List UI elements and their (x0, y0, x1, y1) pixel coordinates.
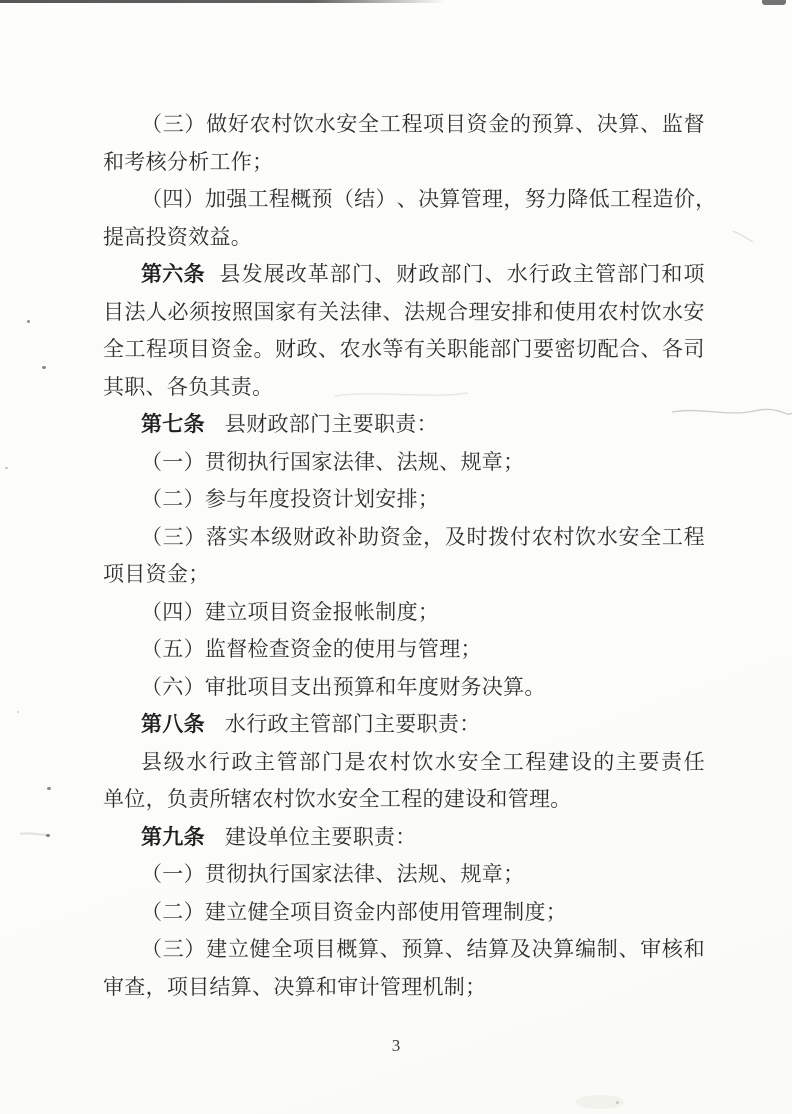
line-character: 级 (164, 744, 185, 782)
line-character: 规 (426, 294, 447, 332)
line-character: 配 (598, 331, 619, 369)
line-character: 门 (352, 256, 373, 294)
line-character: 饮 (293, 106, 314, 144)
text-line: （三）建立健全项目概算、预算、结算及决算编制、审核和 (103, 931, 705, 969)
line-character: ） (184, 931, 205, 969)
line-character: 律 (361, 294, 382, 332)
line-character: ， (503, 181, 524, 219)
line-character: 、 (641, 331, 662, 369)
line-character: 编 (575, 931, 596, 969)
line-character: 三 (163, 931, 184, 969)
line-character: 饮 (575, 519, 596, 557)
line-character: 司 (684, 331, 705, 369)
line-character: 责 (661, 744, 682, 782)
line-character: 照 (232, 294, 253, 332)
line-character: 决 (418, 181, 439, 219)
scan-speck (42, 366, 46, 369)
line-character: 工 (610, 181, 631, 219)
line-character: 制 (597, 931, 618, 969)
line-character: 用 (576, 294, 597, 332)
line-character: 水 (507, 256, 528, 294)
text-line: 审查，项目结算、决算和审计管理机制； (103, 969, 705, 1007)
line-text: （一）贯彻执行国家法律、法规、规章； (141, 862, 524, 886)
line-character: 拨 (488, 519, 509, 557)
line-character: 部 (330, 256, 351, 294)
line-character: 结 (467, 931, 488, 969)
line-character: 级 (271, 519, 292, 557)
article-number: 第七条 (141, 412, 205, 436)
article-number: 第六条 (141, 256, 205, 294)
line-character: 关 (426, 331, 447, 369)
line-character: 算 (553, 931, 574, 969)
line-character: 及 (445, 519, 466, 557)
scan-scratch (733, 231, 753, 242)
line-character: 三 (163, 106, 184, 144)
text-line: 第七条县财政部门主要职责： (103, 406, 705, 444)
line-character: ） (375, 181, 396, 219)
line-character: 要 (638, 744, 659, 782)
line-character: 算 (358, 931, 379, 969)
line-character: 饮 (412, 744, 433, 782)
line-character: 财 (275, 331, 296, 369)
line-character: 算 (488, 931, 509, 969)
line-text: 和考核分析工作； (103, 150, 273, 174)
line-character: 工 (125, 331, 146, 369)
line-character: 强 (226, 181, 247, 219)
line-character: 革 (308, 256, 329, 294)
line-character: 、 (640, 106, 661, 144)
line-character: 村 (271, 106, 292, 144)
line-character: 程 (146, 331, 167, 369)
line-character: 政 (418, 256, 439, 294)
line-character: 金 (232, 331, 253, 369)
line-character: 力 (546, 181, 567, 219)
line-text: 建设单位主要职责： (225, 825, 417, 849)
line-character: 饮 (641, 294, 662, 332)
line-character: 补 (336, 519, 357, 557)
line-character: 及 (510, 931, 531, 969)
line-text: （二）参与年度投资计划安排； (141, 487, 439, 511)
text-line: 第八条水行政主管部门主要职责： (103, 706, 705, 744)
line-character: 预 (312, 181, 333, 219)
line-character: 金 (488, 106, 509, 144)
line-character: 政 (231, 744, 252, 782)
line-character: 各 (662, 331, 683, 369)
line-character: 时 (467, 519, 488, 557)
text-line: （四）加强工程概预（结）、决算管理，努力降低工程造价， (103, 181, 705, 219)
line-text: 审查，项目结算、决算和审计管理机制； (103, 975, 486, 999)
text-line: 提高投资效益。 (103, 219, 705, 257)
page-number: 3 (0, 1036, 792, 1056)
line-character: 全 (640, 519, 661, 557)
scan-speck (5, 467, 8, 469)
line-character: 主 (573, 256, 594, 294)
line-character: 加 (205, 181, 226, 219)
line-character: 发 (242, 256, 263, 294)
line-character: 政 (297, 331, 318, 369)
line-character: 算 (618, 106, 639, 144)
scan-top-edge-shadow (0, 0, 446, 3)
line-character: 目 (315, 931, 336, 969)
line-character: （ (141, 181, 162, 219)
line-character: 水 (597, 519, 618, 557)
line-character: 展 (264, 256, 285, 294)
line-character: 资 (467, 106, 488, 144)
line-character: 国 (254, 294, 275, 332)
line-character: 能 (469, 331, 490, 369)
text-line: （五）监督检查资金的使用与管理； (103, 631, 705, 669)
line-character: 部 (617, 256, 638, 294)
line-character: 按 (211, 294, 232, 332)
scan-speck (17, 711, 19, 713)
line-character: 安 (490, 294, 511, 332)
line-character: 要 (533, 331, 554, 369)
line-character: 监 (662, 106, 683, 144)
line-character: 行 (529, 256, 550, 294)
line-character: 和 (533, 294, 554, 332)
line-character: 合 (619, 331, 640, 369)
line-character: 程 (684, 519, 705, 557)
line-character: 工 (503, 744, 524, 782)
line-character: 主 (616, 744, 637, 782)
text-line: 其职、各负其责。 (103, 369, 705, 407)
line-character: 是 (344, 744, 365, 782)
text-line: （三）落实本级财政补助资金，及时拨付农村饮水安全工程 (103, 519, 705, 557)
line-character: 管 (595, 256, 616, 294)
line-character: （ (333, 181, 354, 219)
line-character: 门 (463, 256, 484, 294)
text-line: （三）做好农村饮水安全工程项目资金的预算、决算、监督 (103, 106, 705, 144)
line-character: 程 (631, 181, 652, 219)
line-character: ） (184, 106, 205, 144)
line-character: 建 (206, 931, 227, 969)
line-character: 立 (228, 931, 249, 969)
line-character: 目 (103, 294, 124, 332)
line-character: 项 (423, 106, 444, 144)
text-line: （二）建立健全项目资金内部使用管理制度； (103, 894, 705, 932)
line-character: 部 (299, 744, 320, 782)
text-line: 和考核分析工作； (103, 144, 705, 182)
line-character: 政 (315, 519, 336, 557)
line-character: 主 (254, 744, 275, 782)
line-text: （二）建立健全项目资金内部使用管理制度； (141, 900, 567, 924)
scan-speck (46, 834, 50, 837)
line-text: （六）审批项目支出预算和年度财务决算。 (141, 675, 546, 699)
line-character: 工 (248, 181, 269, 219)
line-character: 付 (510, 519, 531, 557)
line-character: 实 (228, 519, 249, 557)
line-character: 部 (440, 256, 461, 294)
line-character: 、 (318, 331, 339, 369)
line-character: 县 (141, 744, 162, 782)
text-line: （一）贯彻执行国家法律、法规、规章； (103, 444, 705, 482)
line-character: ） (184, 519, 205, 557)
line-character: 算 (553, 106, 574, 144)
line-text: 提高投资效益。 (103, 225, 252, 249)
line-character: 的 (510, 106, 531, 144)
line-character: 全 (358, 106, 379, 144)
line-character: 门 (322, 744, 343, 782)
line-character: 必 (168, 294, 189, 332)
line-character: 行 (209, 744, 230, 782)
line-character: 程 (269, 181, 290, 219)
line-character: 降 (567, 181, 588, 219)
line-character: 家 (275, 294, 296, 332)
line-character: 任 (684, 744, 705, 782)
line-character: 项 (683, 256, 704, 294)
line-character: 农 (250, 106, 271, 144)
document-body: （三）做好农村饮水安全工程项目资金的预算、决算、监督和考核分析工作；（四）加强工… (103, 106, 705, 1006)
line-text: （四）建立项目资金报帐制度； (141, 600, 439, 624)
line-character: 本 (250, 519, 271, 557)
line-character: 水 (361, 331, 382, 369)
line-character: 、 (374, 256, 395, 294)
line-character: 安 (618, 519, 639, 557)
scan-speck (616, 1101, 619, 1104)
line-text: 项目资金； (103, 562, 210, 586)
line-character: ， (695, 181, 716, 219)
line-character: 安 (684, 294, 705, 332)
line-character: 决 (532, 931, 553, 969)
line-character: 健 (250, 931, 271, 969)
line-character: 门 (639, 256, 660, 294)
line-character: 等 (383, 331, 404, 369)
text-line: 县级水行政主管部门是农村饮水安全工程建设的主要责任 (103, 744, 705, 782)
line-character: 算 (423, 931, 444, 969)
line-character: 安 (458, 744, 479, 782)
line-character: 全 (103, 331, 124, 369)
line-character: 使 (555, 294, 576, 332)
line-character: 项 (168, 331, 189, 369)
line-character: 财 (293, 519, 314, 557)
line-character: 落 (206, 519, 227, 557)
line-character: 法 (125, 294, 146, 332)
line-character: 做 (206, 106, 227, 144)
line-text: （一）贯彻执行国家法律、法规、规章； (141, 450, 524, 474)
line-character: 项 (293, 931, 314, 969)
text-line: 第九条建设单位主要职责： (103, 819, 705, 857)
line-character: 农 (532, 519, 553, 557)
text-line: （四）建立项目资金报帐制度； (103, 594, 705, 632)
line-character: 建 (548, 744, 569, 782)
line-character: 全 (271, 931, 292, 969)
line-character: 门 (512, 331, 533, 369)
line-character: 农 (598, 294, 619, 332)
line-character: （ (141, 931, 162, 969)
line-character: 、 (445, 931, 466, 969)
line-character: 三 (163, 519, 184, 557)
line-character: 助 (358, 519, 379, 557)
line-character: 有 (297, 294, 318, 332)
line-character: 部 (490, 331, 511, 369)
line-character: 核 (662, 931, 683, 969)
line-character: ， (423, 519, 444, 557)
line-character: 和 (684, 931, 705, 969)
line-character: 好 (228, 106, 249, 144)
line-character: 目 (189, 331, 210, 369)
line-character: 程 (401, 106, 422, 144)
line-text: 县财政部门主要职责： (225, 412, 438, 436)
line-character: 法 (404, 294, 425, 332)
line-character: 村 (390, 744, 411, 782)
line-character: 、 (383, 294, 404, 332)
line-character: 理 (482, 181, 503, 219)
line-text: （五）监督检查资金的使用与管理； (141, 637, 482, 661)
line-character: ） (184, 181, 205, 219)
text-line: 单位，负责所辖农村饮水安全工程的建设和管理。 (103, 781, 705, 819)
scan-speck (27, 320, 30, 323)
line-character: 合 (447, 294, 468, 332)
text-line: 目法人必须按照国家有关法律、法规合理安排和使用农村饮水安 (103, 294, 705, 332)
line-character: 和 (661, 256, 682, 294)
text-line: 全工程项目资金。财政、农水等有关职能部门要密切配合、各司 (103, 331, 705, 369)
line-character: 预 (401, 931, 422, 969)
line-character: 程 (525, 744, 546, 782)
line-character: 管 (277, 744, 298, 782)
line-character: 密 (555, 331, 576, 369)
text-line: 项目资金； (103, 556, 705, 594)
line-character: 价 (674, 181, 695, 219)
line-character: 、 (485, 256, 506, 294)
line-character: 水 (662, 294, 683, 332)
line-character: 资 (211, 331, 232, 369)
line-character: 结 (354, 181, 375, 219)
line-character: 造 (653, 181, 674, 219)
line-character: 工 (380, 106, 401, 144)
line-character: 、 (618, 931, 639, 969)
line-character: 、 (575, 106, 596, 144)
line-character: 有 (404, 331, 425, 369)
scanned-document-page: （三）做好农村饮水安全工程项目资金的预算、决算、监督和考核分析工作；（四）加强工… (0, 0, 792, 1114)
line-character: 村 (619, 294, 640, 332)
line-character: 督 (684, 106, 705, 144)
article-number: 第八条 (141, 712, 205, 736)
line-character: 水 (186, 744, 207, 782)
line-character: 村 (553, 519, 574, 557)
line-character: 理 (469, 294, 490, 332)
line-character: 全 (480, 744, 501, 782)
line-character: （ (141, 106, 162, 144)
line-character: 工 (662, 519, 683, 557)
scan-corner-mark (762, 0, 786, 5)
text-line: （六）审批项目支出预算和年度财务决算。 (103, 669, 705, 707)
line-character: 须 (189, 294, 210, 332)
line-character: 切 (576, 331, 597, 369)
line-character: 金 (401, 519, 422, 557)
line-character: 努 (525, 181, 546, 219)
line-character: 法 (340, 294, 361, 332)
line-character: 设 (571, 744, 592, 782)
scan-smudge (20, 833, 47, 835)
text-line: 第六条县发展改革部门、财政部门、水行政主管部门和项 (103, 256, 705, 294)
line-character: 审 (640, 931, 661, 969)
line-character: 排 (512, 294, 533, 332)
article-number: 第九条 (141, 825, 205, 849)
line-character: 四 (162, 181, 183, 219)
line-text: 单位，负责所辖农村饮水安全工程的建设和管理。 (103, 787, 572, 811)
line-character: 人 (146, 294, 167, 332)
line-character: 、 (397, 181, 418, 219)
line-character: 概 (290, 181, 311, 219)
line-character: 资 (380, 519, 401, 557)
line-character: 目 (445, 106, 466, 144)
line-character: 决 (597, 106, 618, 144)
line-character: 算 (439, 181, 460, 219)
line-character: 低 (589, 181, 610, 219)
line-character: 安 (336, 106, 357, 144)
line-text: 水行政主管部门主要职责： (225, 712, 481, 736)
line-character: 、 (380, 931, 401, 969)
line-character: 。 (254, 331, 275, 369)
line-character: 水 (315, 106, 336, 144)
line-character: 预 (532, 106, 553, 144)
line-character: 县 (219, 256, 240, 294)
line-text: 其职、各负其责。 (103, 375, 273, 399)
line-character: 的 (593, 744, 614, 782)
line-character: 财 (396, 256, 417, 294)
line-character: 管 (461, 181, 482, 219)
line-character: 农 (367, 744, 388, 782)
line-character: 改 (286, 256, 307, 294)
line-character: 政 (551, 256, 572, 294)
text-line: （一）贯彻执行国家法律、法规、规章； (103, 856, 705, 894)
scan-speck (47, 787, 51, 790)
line-character: 职 (447, 331, 468, 369)
line-character: 关 (318, 294, 339, 332)
text-line: （二）参与年度投资计划安排； (103, 481, 705, 519)
line-character: （ (141, 519, 162, 557)
line-character: 水 (435, 744, 456, 782)
line-character: 农 (340, 331, 361, 369)
line-character: 概 (336, 931, 357, 969)
